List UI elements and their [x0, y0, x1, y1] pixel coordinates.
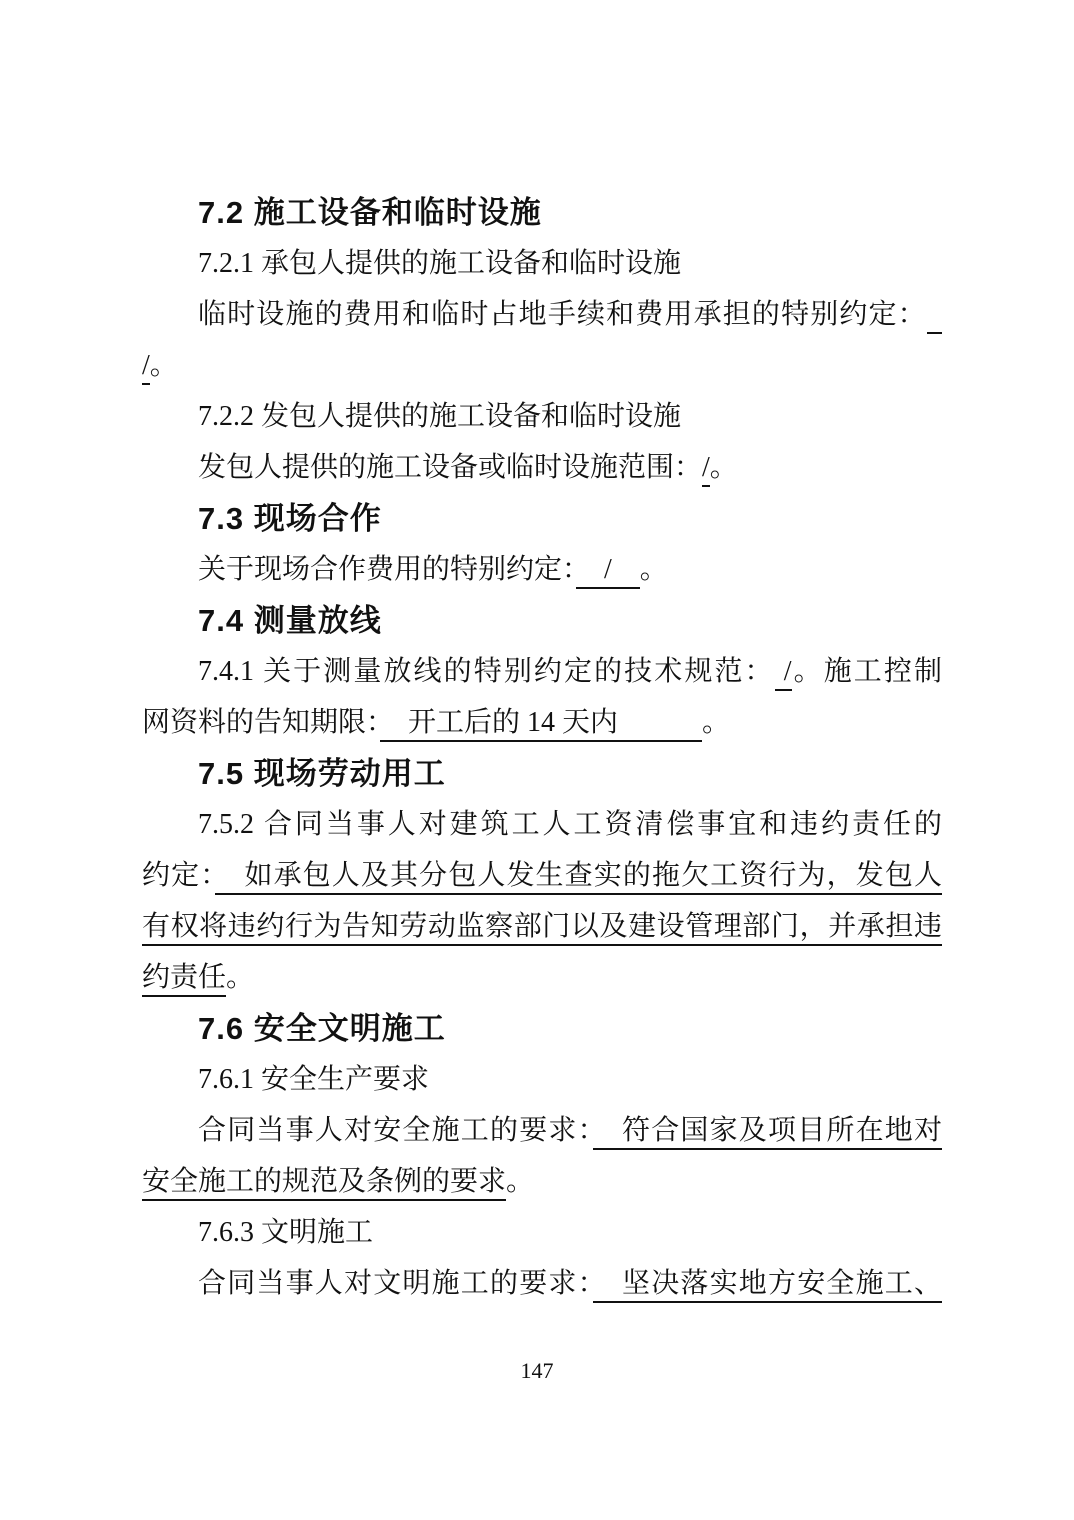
text-segment: 约定： — [142, 860, 215, 891]
document-page: 7.2 施工设备和临时设施7.2.1 承包人提供的施工设备和临时设施临时设施的费… — [0, 0, 1074, 1520]
text-segment: 7.2.1 承包人提供的施工设备和临时设施 — [198, 248, 681, 279]
text-segment: 网资料的告知期限： — [142, 707, 380, 738]
clause-7-2-2-text: 发包人提供的施工设备或临时设施范围：/。 — [142, 442, 942, 493]
fill-in-blank: 坚决落实地方安全施工、 — [593, 1268, 942, 1303]
text-segment: 7.5.2 合同当事人对建筑工人工资清偿事宜和违约责任的 — [198, 809, 942, 840]
text-segment: 临时设施的费用和临时占地手续和费用承担的特别约定： — [198, 299, 927, 330]
text-segment: 。 — [640, 554, 668, 585]
section-heading-7-3: 7.3 现场合作 — [142, 493, 942, 544]
text-segment: 7.2 施工设备和临时设施 — [198, 195, 542, 230]
clause-7-6-1-text: 合同当事人对安全施工的要求： 符合国家及项目所在地对 — [142, 1105, 942, 1156]
clause-7-5-2-cont-3: 约责任。 — [142, 952, 942, 1003]
fill-in-blank: / — [775, 656, 792, 691]
text-segment: 合同当事人对文明施工的要求： — [198, 1268, 593, 1299]
fill-in-blank — [927, 299, 942, 334]
page-number: 147 — [0, 1358, 1074, 1384]
clause-7-4-1: 7.4.1 关于测量放线的特别约定的技术规范： /。施工控制 — [142, 646, 942, 697]
fill-in-blank: 有权将违约行为告知劳动监察部门以及建设管理部门，并承担违 — [142, 911, 942, 946]
text-segment: 。 — [226, 962, 254, 993]
text-segment: 。 — [506, 1166, 534, 1197]
text-segment: 关于现场合作费用的特别约定： — [198, 554, 576, 585]
text-segment: 7.6.3 文明施工 — [198, 1217, 373, 1248]
clause-7-5-2: 7.5.2 合同当事人对建筑工人工资清偿事宜和违约责任的 — [142, 799, 942, 850]
fill-in-blank: 符合国家及项目所在地对 — [593, 1115, 942, 1150]
fill-in-blank: 安全施工的规范及条例的要求 — [142, 1166, 506, 1201]
clause-7-6-3-text: 合同当事人对文明施工的要求： 坚决落实地方安全施工、 — [142, 1258, 942, 1309]
fill-in-blank: / — [576, 554, 640, 589]
text-segment: 7.6.1 安全生产要求 — [198, 1064, 429, 1095]
fill-in-blank: 开工后的 14 天内 — [380, 707, 702, 742]
text-segment: 7.5 现场劳动用工 — [198, 756, 446, 791]
clause-7-2-1-text: 临时设施的费用和临时占地手续和费用承担的特别约定： — [142, 289, 942, 340]
text-segment: 。 — [710, 452, 738, 483]
fill-in-blank: / — [702, 452, 710, 487]
text-segment: 。 — [702, 707, 730, 738]
clause-7-5-2-cont-2: 有权将违约行为告知劳动监察部门以及建设管理部门，并承担违 — [142, 901, 942, 952]
text-segment: 7.2.2 发包人提供的施工设备和临时设施 — [198, 401, 681, 432]
text-segment: 发包人提供的施工设备或临时设施范围： — [198, 452, 702, 483]
clause-7-4-1-cont: 网资料的告知期限： 开工后的 14 天内 。 — [142, 697, 942, 748]
text-segment: 。 — [150, 350, 178, 381]
clause-7-6-1-cont: 安全施工的规范及条例的要求。 — [142, 1156, 942, 1207]
fill-in-blank: 如承包人及其分包人发生查实的拖欠工资行为，发包人 — [215, 860, 942, 895]
text-segment: 合同当事人对安全施工的要求： — [198, 1115, 593, 1146]
document-body: 7.2 施工设备和临时设施7.2.1 承包人提供的施工设备和临时设施临时设施的费… — [142, 187, 942, 1309]
clause-7-2-1: 7.2.1 承包人提供的施工设备和临时设施 — [142, 238, 942, 289]
fill-in-blank: 约责任 — [142, 962, 226, 997]
clause-7-6-3: 7.6.3 文明施工 — [142, 1207, 942, 1258]
text-segment: 7.3 现场合作 — [198, 501, 382, 536]
text-segment: 7.4.1 关于测量放线的特别约定的技术规范： — [198, 656, 775, 687]
clause-7-5-2-cont-1: 约定： 如承包人及其分包人发生查实的拖欠工资行为，发包人 — [142, 850, 942, 901]
clause-7-6-1: 7.6.1 安全生产要求 — [142, 1054, 942, 1105]
clause-7-2-1-fill: /。 — [142, 340, 942, 391]
section-heading-7-5: 7.5 现场劳动用工 — [142, 748, 942, 799]
text-segment: 7.6 安全文明施工 — [198, 1011, 446, 1046]
section-heading-7-4: 7.4 测量放线 — [142, 595, 942, 646]
fill-in-blank: / — [142, 350, 150, 385]
clause-7-3-text: 关于现场合作费用的特别约定： / 。 — [142, 544, 942, 595]
clause-7-2-2: 7.2.2 发包人提供的施工设备和临时设施 — [142, 391, 942, 442]
text-segment: 7.4 测量放线 — [198, 603, 382, 638]
text-segment: 。施工控制 — [792, 656, 942, 687]
section-heading-7-2: 7.2 施工设备和临时设施 — [142, 187, 942, 238]
section-heading-7-6: 7.6 安全文明施工 — [142, 1003, 942, 1054]
